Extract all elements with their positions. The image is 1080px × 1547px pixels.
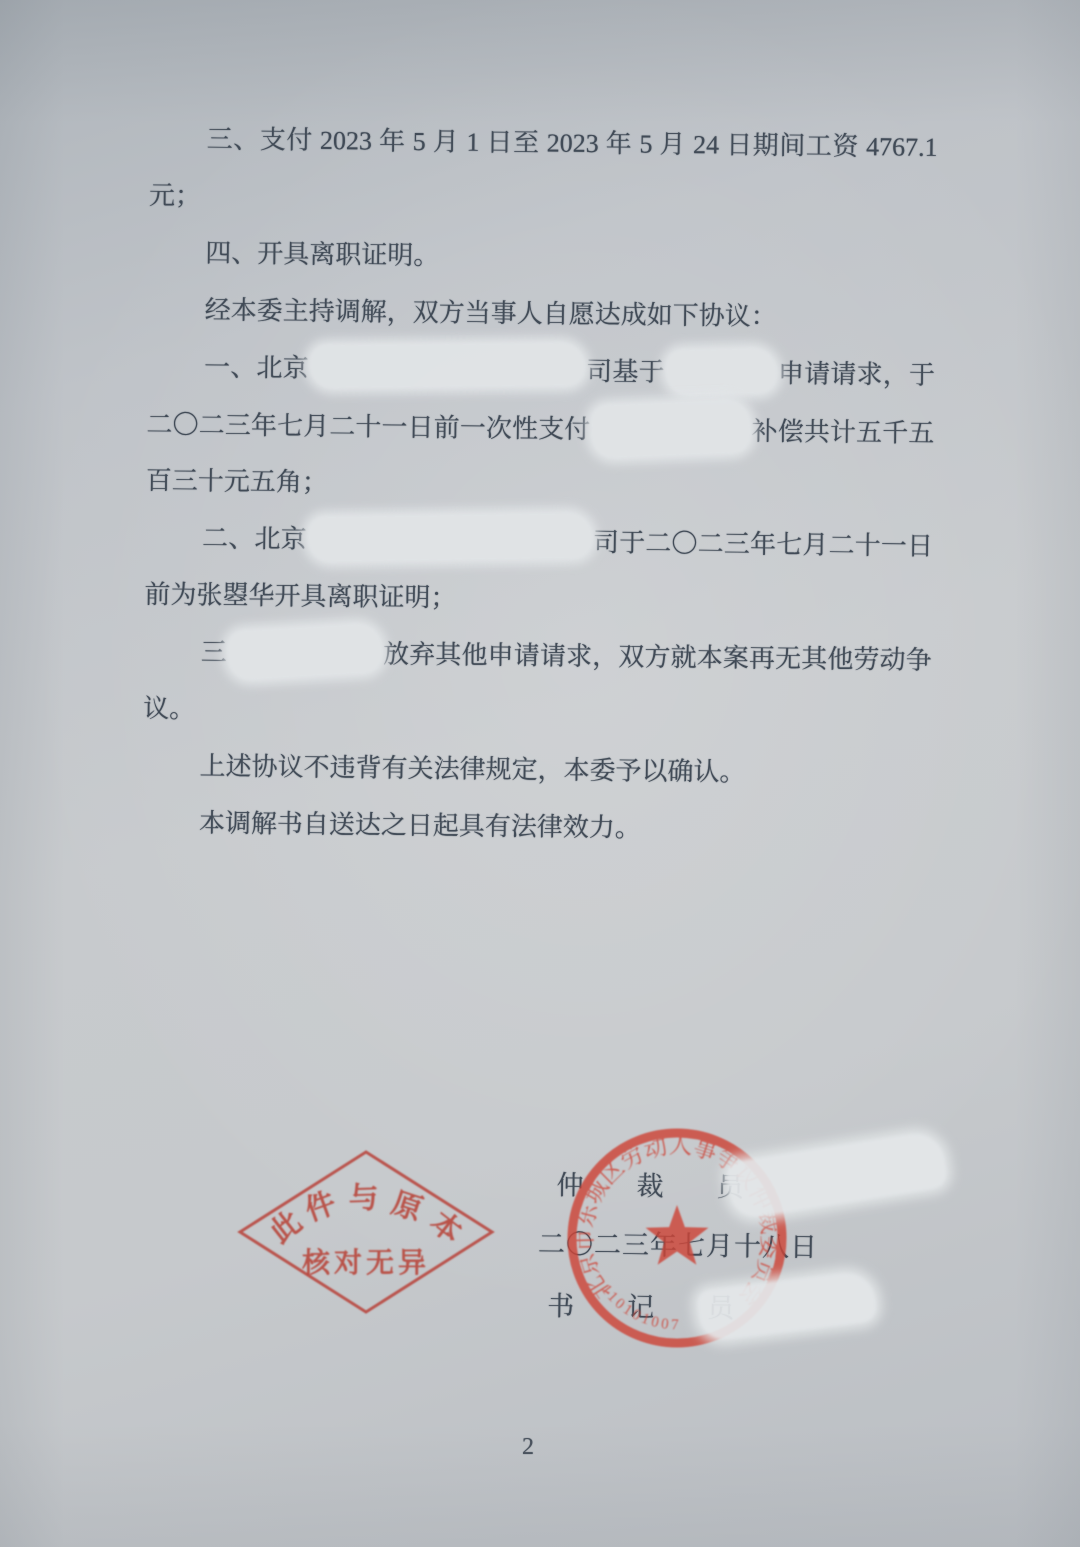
scanned-document-page: 三、支付 2023 年 5 月 1 日至 2023 年 5 月 24 日期间工资… [0, 0, 1080, 1547]
star-icon [646, 1205, 709, 1265]
svg-text:原: 原 [388, 1187, 427, 1228]
verification-stamp: 此 件 与 原 本 核对无异 [240, 1152, 492, 1312]
stamps-layer: 此 件 与 原 本 核对无异 北京市东城区劳动人事争议仲裁委员会 1101010… [0, 0, 1080, 1547]
verification-stamp-arc-text: 此 件 与 原 本 [264, 1181, 468, 1249]
svg-text:与: 与 [348, 1181, 379, 1215]
seal-serial-number: 110101007 [598, 1282, 682, 1333]
verification-stamp-subtext: 核对无异 [302, 1247, 430, 1279]
svg-text:件: 件 [301, 1185, 341, 1227]
